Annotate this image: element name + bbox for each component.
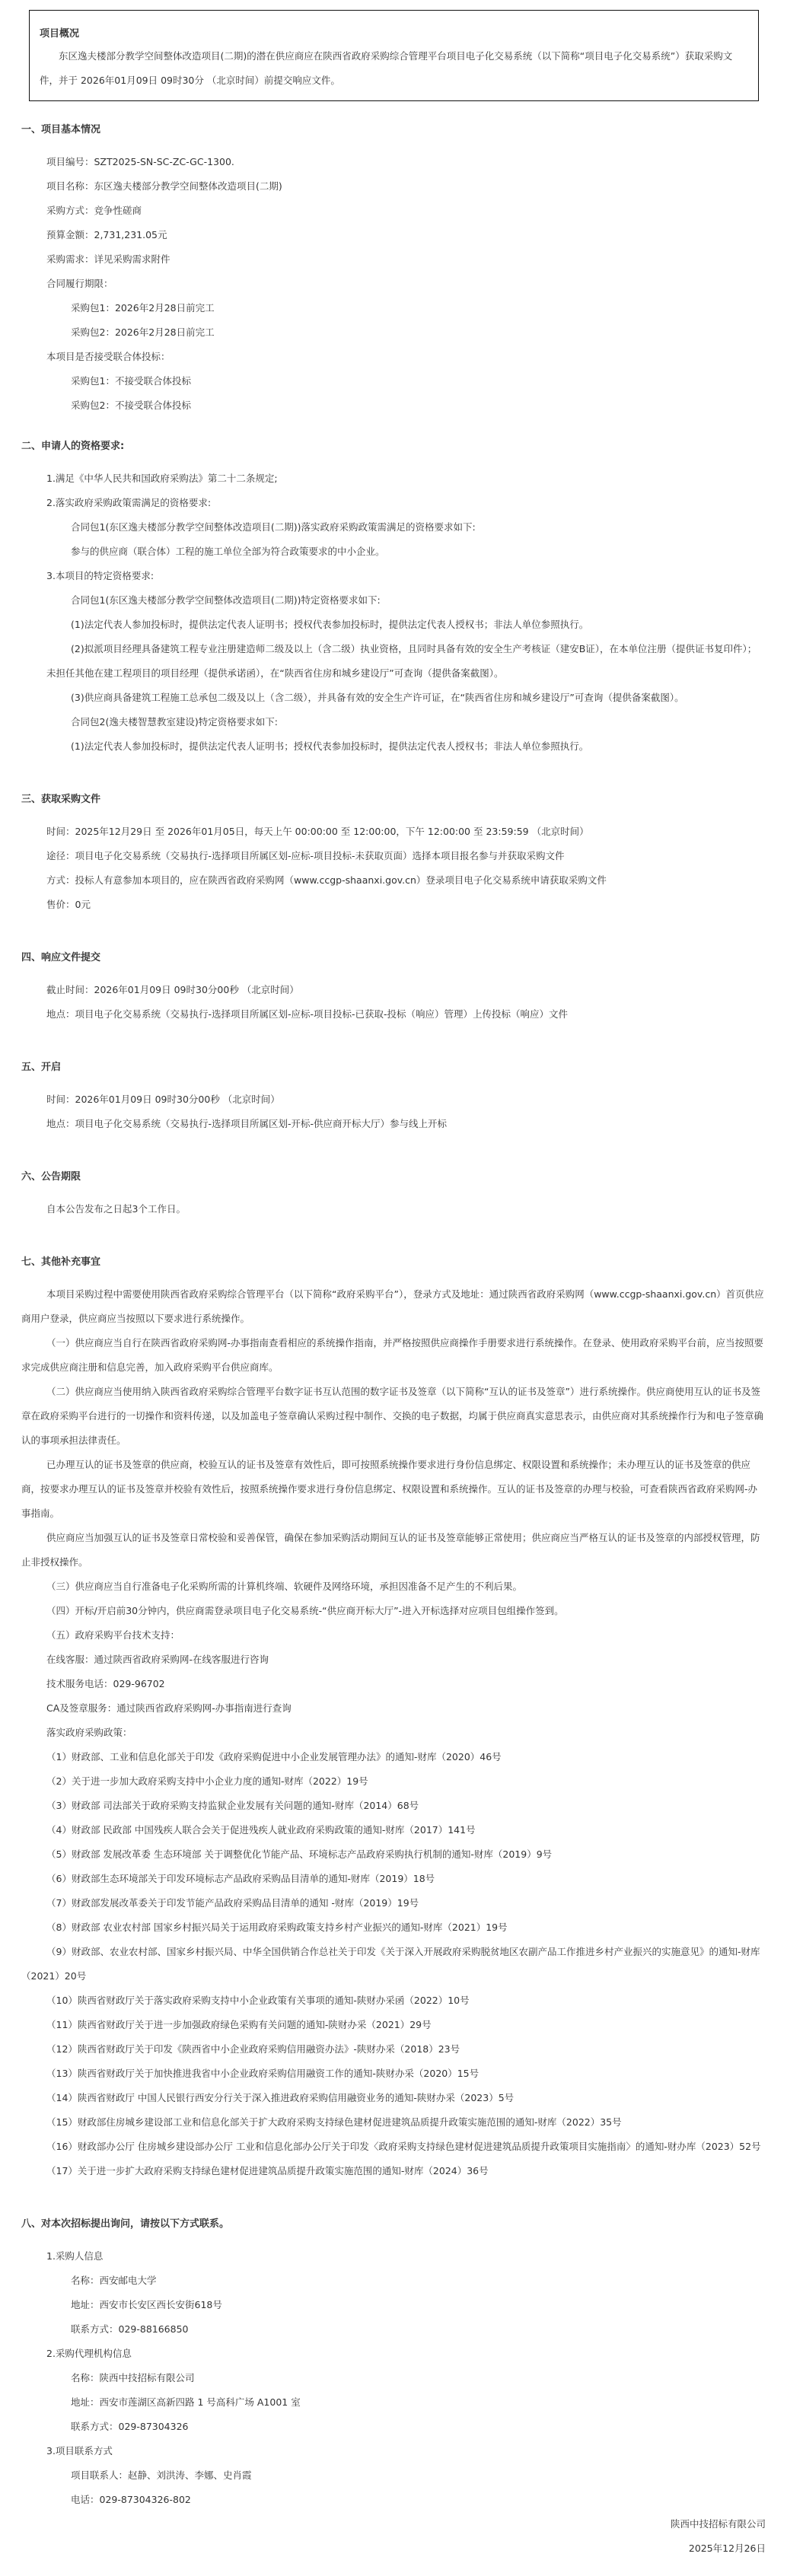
signature-date: 2025年12月26日 — [0, 2536, 787, 2561]
supplementary-p5: （三）供应商应当自行准备电子化采购所需的计算机终端、软硬件及网络环境，承担因准备… — [0, 1575, 787, 1599]
project-name: 项目名称：东区逸夫楼部分教学空间整体改造项目(二期) — [0, 174, 787, 199]
consortium-label: 本项目是否接受联合体投标： — [0, 345, 787, 369]
policy-item-1: （1）财政部、工业和信息化部关于印发《政府采购促进中小企业发展管理办法》的通知-… — [0, 1745, 787, 1769]
section-title: 四、响应文件提交 — [21, 946, 787, 970]
qualification-item-1: 1.满足《中华人民共和国政府采购法》第二十二条规定; — [0, 466, 787, 491]
policy-label: 落实政府采购政策： — [0, 1721, 787, 1745]
section-title: 六、公告期限 — [21, 1165, 787, 1189]
section-obtain-documents: 三、获取采购文件 时间：2025年12月29日 至 2026年01月05日，每天… — [0, 775, 787, 917]
policy-item-16: （16）财政部办公厅 住房城乡建设部办公厅 工业和信息化部办公厅关于印发〈政府采… — [0, 2135, 787, 2159]
policy-item-12: （12）陕西省财政厅关于印发《陕西省中小企业政府采购信用融资办法》-陕财办采（2… — [0, 2037, 787, 2062]
policy-item-17: （17）关于进一步扩大政府采购支持绿色建材促进建筑品质提升政策实施范围的通知-财… — [0, 2159, 787, 2183]
supplementary-p6: （四）开标/开启前30分钟内，供应商需登录项目电子化交易系统-“供应商开标大厅”… — [0, 1599, 787, 1623]
purchaser-contact: 联系方式：029-88166850 — [0, 2317, 787, 2342]
policy-item-14: （14）陕西省财政厅 中国人民银行西安分行关于深入推进政府采购信用融资业务的通知… — [0, 2086, 787, 2110]
document-price: 售价：0元 — [0, 893, 787, 917]
policy-item-4: （4）财政部 民政部 中国残疾人联合会关于促进残疾人就业政府采购政策的通知-财库… — [0, 1818, 787, 1842]
supplementary-p3: 已办理互认的证书及签章的供应商，校验互认的证书及签章有效性后，即可按照系统操作要… — [0, 1453, 787, 1526]
section-title: 七、其他补充事宜 — [21, 1250, 787, 1275]
online-service: 在线客服：通过陕西省政府采购网-在线客服进行咨询 — [0, 1648, 787, 1672]
agency-contact: 联系方式：029-87304326 — [0, 2415, 787, 2439]
section-title: 一、项目基本情况 — [21, 118, 787, 142]
procurement-method: 采购方式：竞争性磋商 — [0, 199, 787, 223]
submission-place: 地点：项目电子化交易系统（交易执行-选择项目所属区划-应标-项目投标-已获取-投… — [0, 1002, 787, 1027]
project-contact-phone: 电话：029-87304326-802 — [0, 2488, 787, 2512]
supplementary-p7: （五）政府采购平台技术支持： — [0, 1623, 787, 1648]
section-supplementary: 七、其他补充事宜 本项目采购过程中需要使用陕西省政府采购综合管理平台（以下简称“… — [0, 1238, 787, 2183]
contract-term-pkg1: 采购包1：2026年2月28日前完工 — [0, 296, 787, 320]
signature-block: 陕西中技招标有限公司 2025年12月26日 — [0, 2512, 787, 2561]
policy-item-6: （6）财政部生态环境部关于印发环境标志产品政府采购品目清单的通知-财库（2019… — [0, 1867, 787, 1891]
special-pkg1-req-1: (1)法定代表人参加投标时，提供法定代表人证明书；授权代表参加投标时，提供法定代… — [0, 613, 787, 637]
contract-term-pkg2: 采购包2：2026年2月28日前完工 — [0, 320, 787, 345]
qualification-item-3: 3.本项目的特定资格要求: — [0, 564, 787, 588]
obtain-route: 途径：项目电子化交易系统（交易执行-选择项目所属区划-应标-项目投标-未获取页面… — [0, 844, 787, 868]
tech-service-phone: 技术服务电话：029-96702 — [0, 1672, 787, 1696]
purchaser-info-label: 1.采购人信息 — [0, 2244, 787, 2269]
policy-item-2: （2）关于进一步加大政府采购支持中小企业力度的通知-财库（2022）19号 — [0, 1769, 787, 1794]
section-qualifications: 二、申请人的资格要求: 1.满足《中华人民共和国政府采购法》第二十二条规定; 2… — [0, 435, 787, 759]
special-pkg1-req-3: (3)供应商具备建筑工程施工总承包二级及以上（含二级），并具备有效的安全生产许可… — [0, 686, 787, 710]
agency-address: 地址：西安市莲湖区高新四路 1 号高科广场 A1001 室 — [0, 2390, 787, 2415]
section-announcement-period: 六、公告期限 自本公告发布之日起3个工作日。 — [0, 1153, 787, 1221]
project-contact-persons: 项目联系人：赵静、刘洪涛、李娜、史肖霞 — [0, 2463, 787, 2488]
policy-item-9: （9）财政部、农业农村部、国家乡村振兴局、中华全国供销合作总社关于印发《关于深入… — [0, 1940, 787, 1989]
agency-name: 名称：陕西中技招标有限公司 — [0, 2366, 787, 2390]
overview-text: 东区逸夫楼部分教学空间整体改造项目(二期)的潜在供应商应在陕西省政府采购综合管理… — [40, 44, 748, 93]
policy-item-8: （8）财政部 农业农村部 国家乡村振兴局关于运用政府采购政策支持乡村产业振兴的通… — [0, 1915, 787, 1940]
consortium-pkg1: 采购包1：不接受联合体投标 — [0, 369, 787, 393]
overview-title: 项目概况 — [40, 24, 748, 44]
ca-service: CA及签章服务：通过陕西省政府采购网-办事指南进行查询 — [0, 1696, 787, 1721]
special-pkg2-heading: 合同包2(逸夫楼智慧教室建设)特定资格要求如下: — [0, 710, 787, 734]
supplementary-p2: （二）供应商应当使用纳入陕西省政府采购综合管理平台数字证书互认范围的数字证书及签… — [0, 1380, 787, 1453]
section-opening: 五、开启 时间：2026年01月09日 09时30分00秒 （北京时间） 地点：… — [0, 1043, 787, 1136]
project-number: 项目编号：SZT2025-SN-SC-ZC-GC-1300. — [0, 150, 787, 174]
section-title: 三、获取采购文件 — [21, 788, 787, 812]
policy-item-13: （13）陕西省财政厅关于加快推进我省中小企业政府采购信用融资工作的通知-陕财办采… — [0, 2062, 787, 2086]
section-contact: 八、对本次招标提出询问，请按以下方式联系。 1.采购人信息 名称：西安邮电大学 … — [0, 2200, 787, 2512]
policy-pkg1-heading: 合同包1(东区逸夫楼部分教学空间整体改造项目(二期))落实政府采购政策需满足的资… — [0, 515, 787, 540]
special-pkg2-req-1: (1)法定代表人参加投标时，提供法定代表人证明书；授权代表参加投标时，提供法定代… — [0, 734, 787, 759]
supplementary-intro: 本项目采购过程中需要使用陕西省政府采购综合管理平台（以下简称“政府采购平台”），… — [0, 1282, 787, 1331]
purchaser-address: 地址：西安市长安区西长安街618号 — [0, 2293, 787, 2317]
policy-item-7: （7）财政部发展改革委关于印发节能产品政府采购品目清单的通知 -财库（2019）… — [0, 1891, 787, 1915]
section-title: 五、开启 — [21, 1056, 787, 1080]
section-title: 二、申请人的资格要求: — [21, 435, 787, 459]
supplementary-p4: 供应商应当加强互认的证书及签章日常校验和妥善保管，确保在参加采购活动期间互认的证… — [0, 1526, 787, 1575]
contract-term-label: 合同履行期限： — [0, 272, 787, 296]
obtain-time: 时间：2025年12月29日 至 2026年01月05日，每天上午 00:00:… — [0, 820, 787, 844]
budget-amount: 预算金额：2,731,231.05元 — [0, 223, 787, 247]
policy-item-11: （11）陕西省财政厅关于进一步加强政府绿色采购有关问题的通知-陕财办采（2021… — [0, 2013, 787, 2037]
section-basic-info: 一、项目基本情况 项目编号：SZT2025-SN-SC-ZC-GC-1300. … — [0, 118, 787, 418]
project-contact-label: 3.项目联系方式 — [0, 2439, 787, 2463]
section-response-submission: 四、响应文件提交 截止时间：2026年01月09日 09时30分00秒 （北京时… — [0, 934, 787, 1027]
special-pkg1-heading: 合同包1(东区逸夫楼部分教学空间整体改造项目(二期))特定资格要求如下: — [0, 588, 787, 613]
agency-info-label: 2.采购代理机构信息 — [0, 2342, 787, 2366]
obtain-method: 方式：投标人有意参加本项目的，应在陕西省政府采购网（www.ccgp-shaan… — [0, 868, 787, 893]
announcement-page: 项目概况 东区逸夫楼部分教学空间整体改造项目(二期)的潜在供应商应在陕西省政府采… — [0, 10, 787, 2576]
policy-item-3: （3）财政部 司法部关于政府采购支持监狱企业发展有关问题的通知-财库（2014）… — [0, 1794, 787, 1818]
policy-item-5: （5）财政部 发展改革委 生态环境部 关于调整优化节能产品、环境标志产品政府采购… — [0, 1842, 787, 1867]
submission-deadline: 截止时间：2026年01月09日 09时30分00秒 （北京时间） — [0, 978, 787, 1002]
signature-company: 陕西中技招标有限公司 — [0, 2512, 787, 2536]
policy-item-10: （10）陕西省财政厅关于落实政府采购支持中小企业政策有关事项的通知-陕财办采函（… — [0, 1989, 787, 2013]
procurement-demand: 采购需求：详见采购需求附件 — [0, 247, 787, 272]
consortium-pkg2: 采购包2：不接受联合体投标 — [0, 393, 787, 418]
section-title: 八、对本次招标提出询问，请按以下方式联系。 — [21, 2212, 787, 2237]
policy-pkg1-text: 参与的供应商（联合体）工程的施工单位全部为符合政策要求的中小企业。 — [0, 540, 787, 564]
project-overview-box: 项目概况 东区逸夫楼部分教学空间整体改造项目(二期)的潜在供应商应在陕西省政府采… — [29, 10, 759, 101]
opening-place: 地点：项目电子化交易系统（交易执行-选择项目所属区划-开标-供应商开标大厅）参与… — [0, 1112, 787, 1136]
supplementary-p1: （一）供应商应当自行在陕西省政府采购网-办事指南查看相应的系统操作指南，并严格按… — [0, 1331, 787, 1380]
policy-item-15: （15）财政部住房城乡建设部工业和信息化部关于扩大政府采购支持绿色建材促进建筑品… — [0, 2110, 787, 2135]
purchaser-name: 名称：西安邮电大学 — [0, 2269, 787, 2293]
special-pkg1-req-2: (2)拟派项目经理具备建筑工程专业注册建造师二级及以上（含二级）执业资格，且同时… — [0, 637, 787, 686]
qualification-item-2: 2.落实政府采购政策需满足的资格要求: — [0, 491, 787, 515]
announcement-period-text: 自本公告发布之日起3个工作日。 — [0, 1197, 787, 1221]
opening-time: 时间：2026年01月09日 09时30分00秒 （北京时间） — [0, 1087, 787, 1112]
